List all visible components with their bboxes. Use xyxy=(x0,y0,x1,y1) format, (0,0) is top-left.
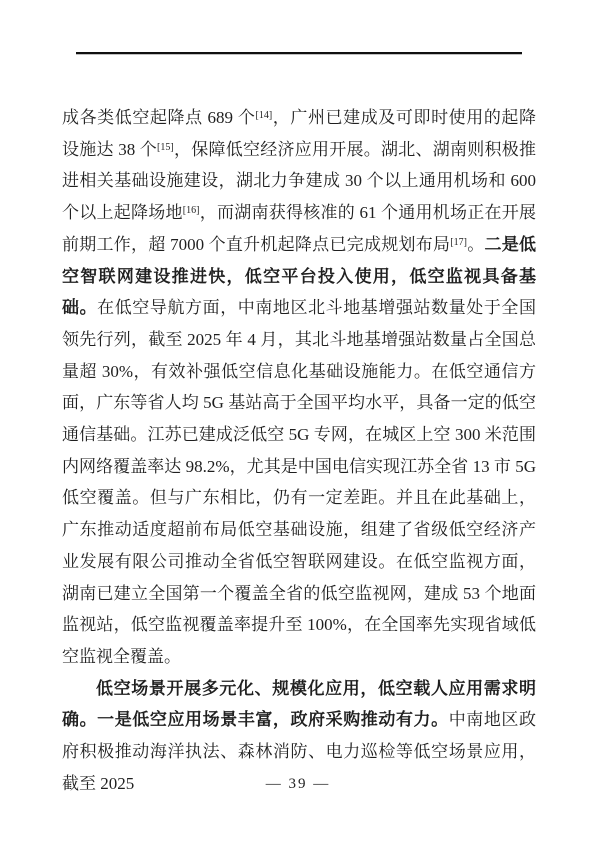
document-page: 成各类低空起降点 689 个[14]，广州已建成及可即时使用的起降设施达 38 … xyxy=(0,0,596,842)
footnote-ref: [14] xyxy=(256,110,273,121)
text-run: 在低空导航方面，中南地区北斗地基增强站数量处于全国领先行列，截至 2025 年 … xyxy=(62,298,536,666)
text-run: 成各类低空起降点 689 个 xyxy=(62,108,256,127)
page-number: — 39 — xyxy=(0,776,596,793)
header-rule xyxy=(76,52,522,54)
footnote-ref: [16] xyxy=(183,205,200,216)
text-run: 。 xyxy=(467,235,485,254)
footnote-ref: [15] xyxy=(157,142,174,153)
footnote-ref: [17] xyxy=(450,237,467,248)
paragraph: 成各类低空起降点 689 个[14]，广州已建成及可即时使用的起降设施达 38 … xyxy=(62,102,536,673)
document-body: 成各类低空起降点 689 个[14]，广州已建成及可即时使用的起降设施达 38 … xyxy=(62,102,536,799)
